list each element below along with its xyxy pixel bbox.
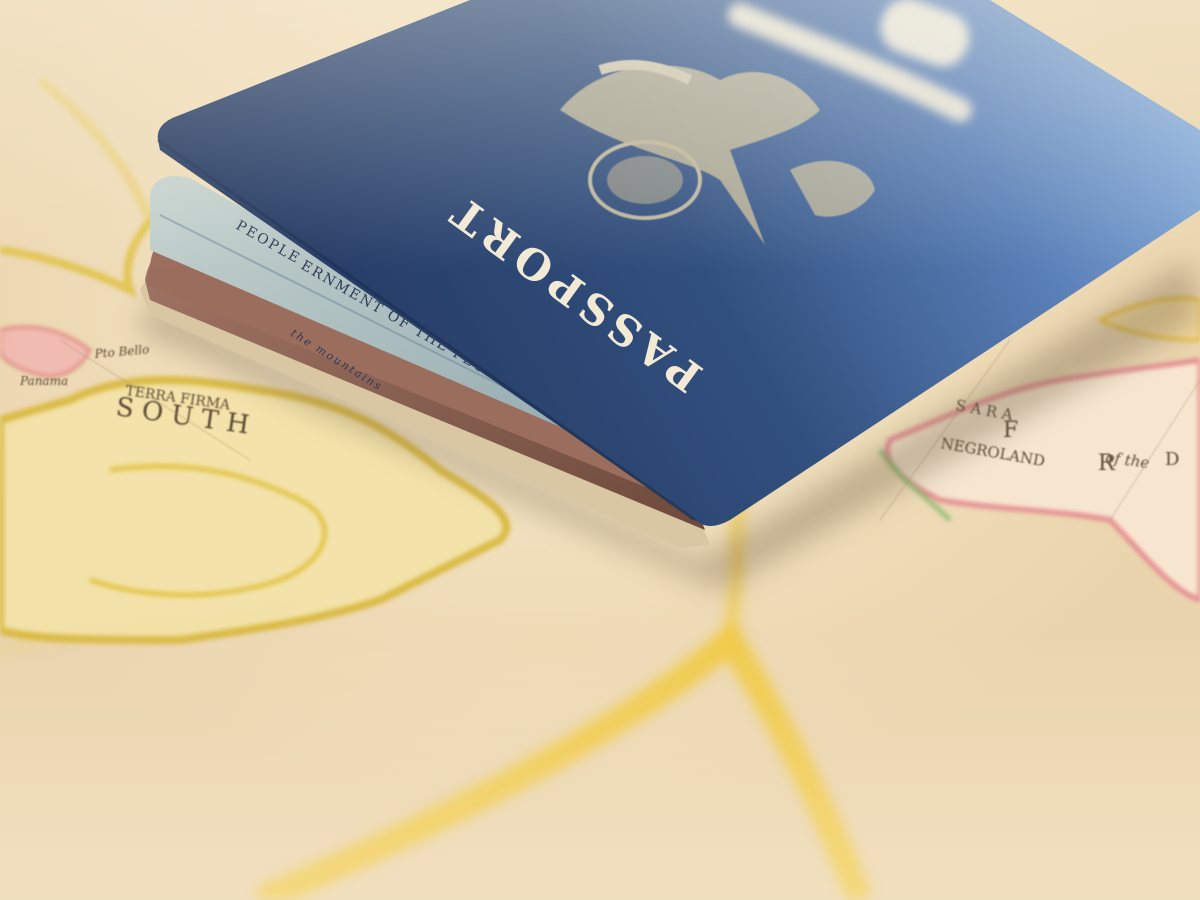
photo-scene: TERRA FIRMA S O U T H Pto Bello Panama S… (0, 0, 1200, 900)
passport: PEOPLE THE PEOPLE ERNMENT OF THE PEOPLE … (0, 0, 1200, 900)
